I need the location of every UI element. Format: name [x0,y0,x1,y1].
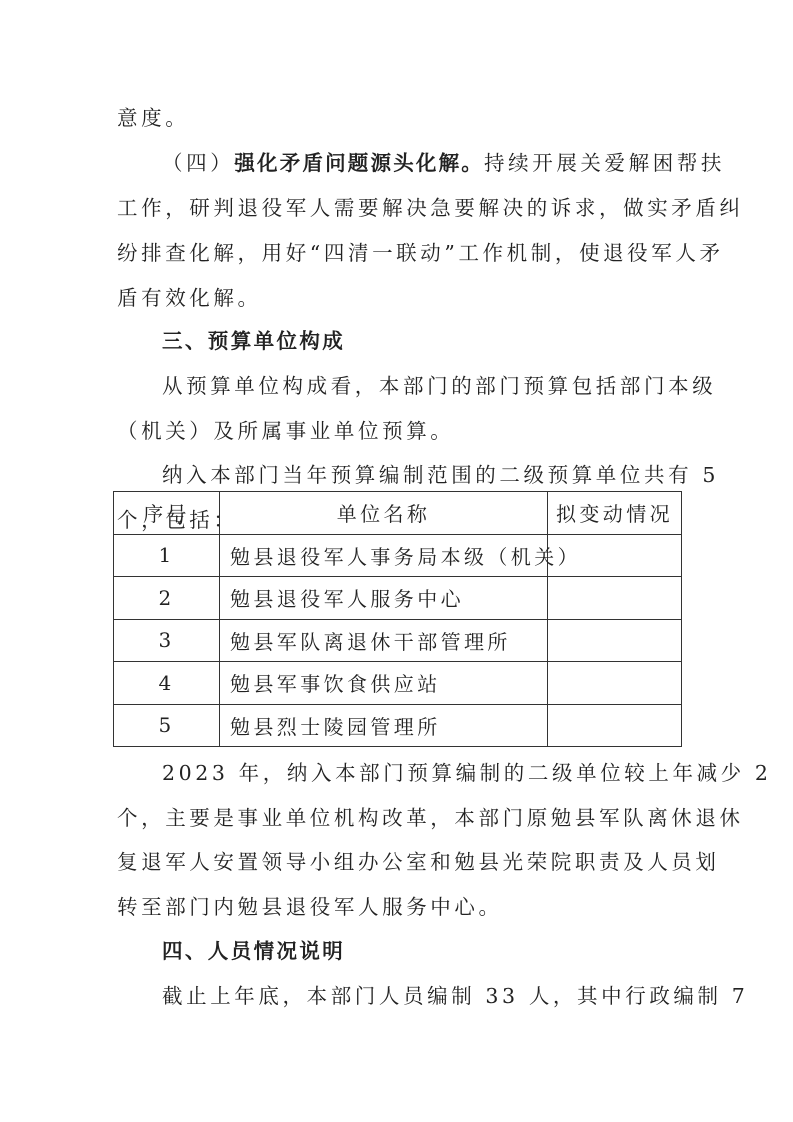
paragraph-line: 纳入本部门当年预算编制范围的二级预算单位共有 5 [162,461,728,489]
paragraph-line: 转至部门内勉县退役军人服务中心。 [117,893,683,921]
cell-unit-name: 勉县军队离退休干部管理所 [220,619,548,662]
paragraph-line: 工作，研判退役军人需要解决急要解决的诉求，做实矛盾纠 [117,194,683,222]
paragraph-line: 2023 年，纳入本部门预算编制的二级单位较上年减少 2 [162,759,728,787]
cell-planned-change [548,619,682,662]
document-page: 意度。 （四）强化矛盾问题源头化解。持续开展关爱解困帮扶 工作，研判退役军人需要… [0,0,793,1122]
budget-units-table: 序号 单位名称 拟变动情况 1 勉县退役军人事务局本级（机关） 2 勉县退役军人… [113,491,682,747]
table-row: 4 勉县军事饮食供应站 [114,662,682,705]
cell-serial-number: 1 [114,534,220,577]
bold-lead-sentence: 强化矛盾问题源头化解。 [234,151,484,175]
cell-serial-number: 2 [114,577,220,620]
paragraph-4-line-1: （四）强化矛盾问题源头化解。持续开展关爱解困帮扶 [162,149,728,177]
cell-planned-change [548,662,682,705]
cell-serial-number: 4 [114,662,220,705]
paragraph-line: 纷排查化解，用好“四清一联动”工作机制，使退役军人矛 [117,239,683,267]
paragraph-line: 个，主要是事业单位机构改革，本部门原勉县军队离休退休 [117,804,683,832]
cell-unit-name: 勉县烈士陵园管理所 [220,704,548,747]
cell-serial-number: 5 [114,704,220,747]
cell-serial-number: 3 [114,619,220,662]
cell-unit-name: 勉县退役军人事务局本级（机关） [220,534,548,577]
paragraph-line: 复退军人安置领导小组办公室和勉县光荣院职责及人员划 [117,848,683,876]
header-planned-change: 拟变动情况 [548,492,682,535]
section-heading-3: 三、预算单位构成 [162,327,728,355]
cell-unit-name: 勉县军事饮食供应站 [220,662,548,705]
table-row: 3 勉县军队离退休干部管理所 [114,619,682,662]
table-row: 5 勉县烈士陵园管理所 [114,704,682,747]
paragraph-text: 持续开展关爱解困帮扶 [484,151,725,175]
paragraph-prefix: （四） [162,151,234,175]
cell-unit-name: 勉县退役军人服务中心 [220,577,548,620]
cell-planned-change [548,577,682,620]
paragraph-line: 从预算单位构成看，本部门的部门预算包括部门本级 [162,372,728,400]
table-row: 1 勉县退役军人事务局本级（机关） [114,534,682,577]
paragraph-line: 盾有效化解。 [117,284,683,312]
header-unit-name: 单位名称 [220,492,548,535]
table-row: 2 勉县退役军人服务中心 [114,577,682,620]
paragraph-line: 意度。 [117,104,683,132]
paragraph-line: （机关）及所属事业单位预算。 [117,417,683,445]
table-header-row: 序号 单位名称 拟变动情况 [114,492,682,535]
header-serial-number: 序号 [114,492,220,535]
cell-planned-change [548,704,682,747]
paragraph-line: 截止上年底，本部门人员编制 33 人，其中行政编制 7 [162,982,728,1010]
section-heading-4: 四、人员情况说明 [162,937,728,965]
